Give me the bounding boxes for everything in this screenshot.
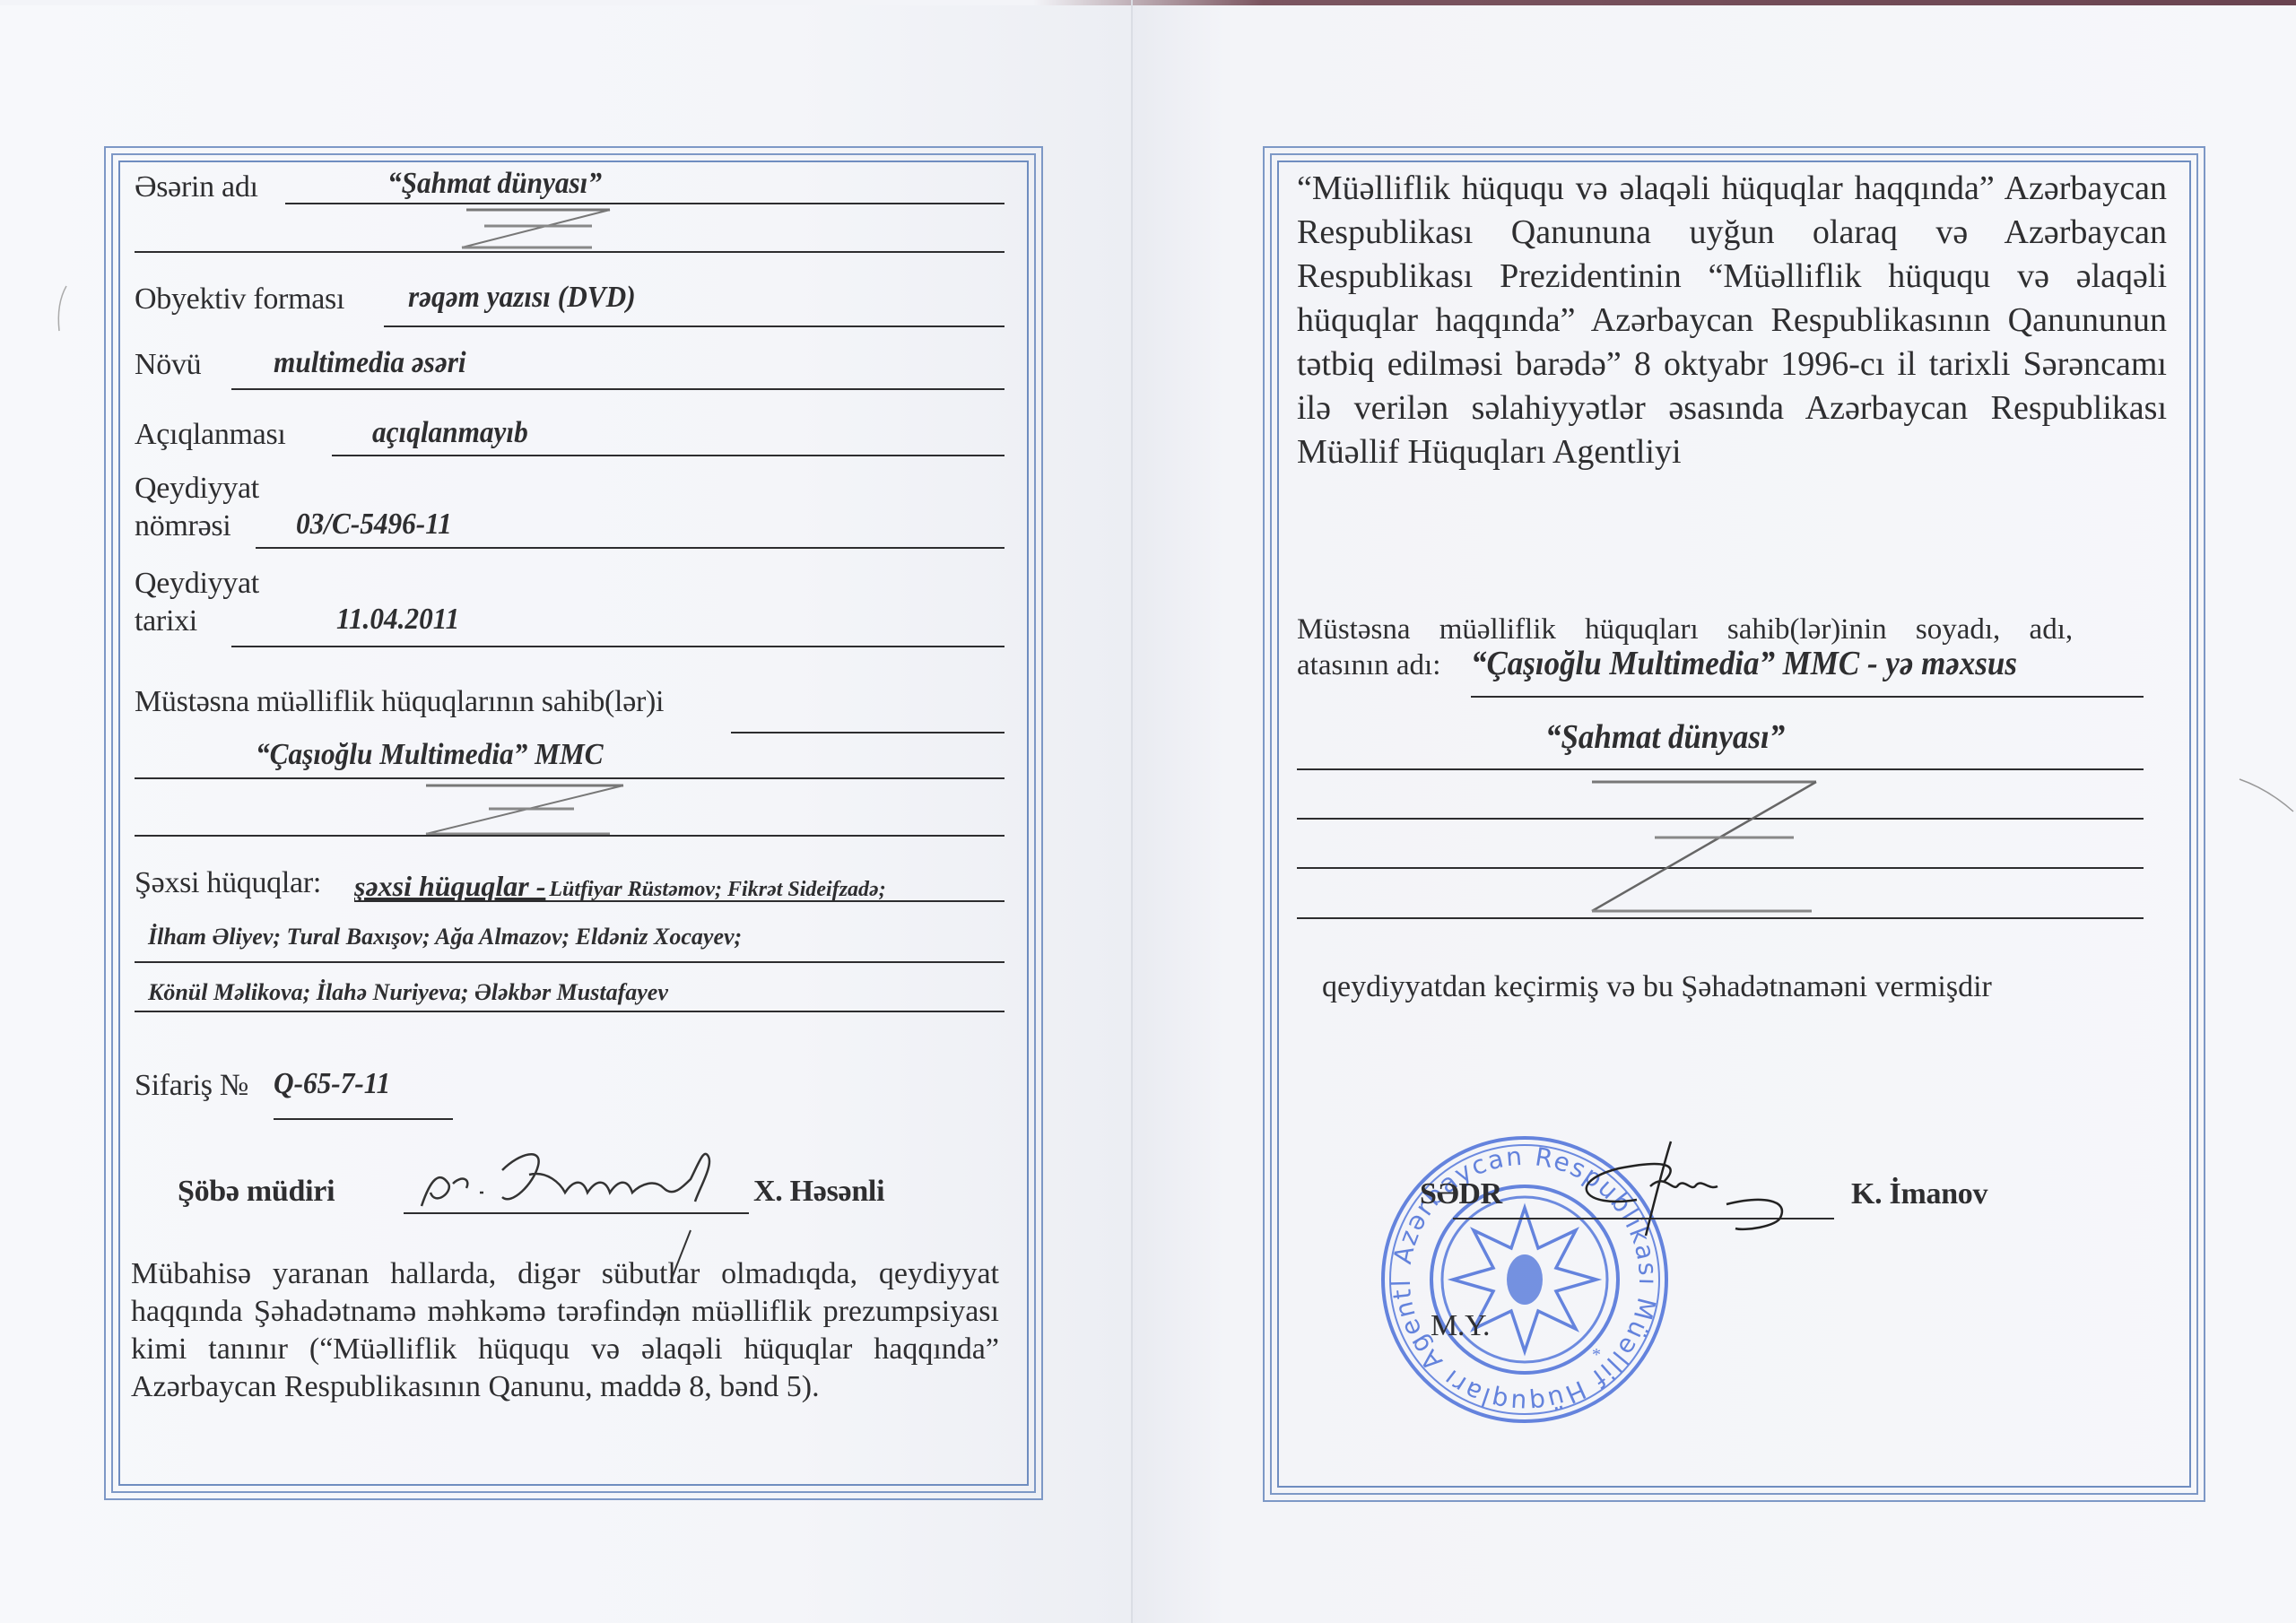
order-underline [274, 1118, 453, 1120]
blank-line [135, 835, 1004, 837]
order-value: Q-65-7-11 [274, 1067, 390, 1101]
personal-rights-underline [354, 900, 1004, 902]
registration-number-label: Qeydiyyat [135, 472, 259, 506]
disclosure-label: Açıqlanması [135, 418, 286, 452]
z-cancel-mark [422, 782, 637, 838]
exclusive-owners-value: “Çaşıoğlu Multimedia” MMC [256, 738, 604, 772]
owner-value: “Çaşıoğlu Multimedia” MMC - yə məxsus [1471, 644, 2017, 683]
signature-line [404, 1212, 749, 1214]
department-head-name: X. Həsənli [753, 1175, 884, 1209]
registration-date-underline [231, 646, 1004, 647]
personal-rights-line3: Könül Məlikova; İlahə Nuriyeva; Ələkbər … [148, 979, 668, 1006]
personal-rights-names: Lütfiyar Rüstəmov; Fikrət Sideifzadə; [549, 878, 885, 901]
spine-fold [1131, 0, 1133, 1623]
disclosure-underline [332, 455, 1004, 456]
work-title-label: Əsərin adı [135, 170, 258, 204]
exclusive-owners-label: Müstəsna müəlliflik hüquqlarının sahib(l… [135, 685, 664, 719]
seal-place-label: M.Y. [1431, 1309, 1490, 1343]
type-label: Növü [135, 348, 201, 382]
chairman-name: K. İmanov [1851, 1177, 1987, 1211]
objective-form-underline [384, 325, 1004, 327]
label-line: Qeydiyyat [135, 472, 259, 505]
personal-rights-underline-2 [135, 961, 1004, 963]
type-value: multimedia əsəri [274, 346, 466, 380]
svg-text:*: * [1592, 1345, 1601, 1365]
legal-disclaimer: Mübahisə yaranan hallarda, digər sübutla… [131, 1255, 999, 1406]
chairman-label: SƏDR [1420, 1177, 1502, 1211]
personal-rights-line2: İlham Əliyev; Tural Baxışov; Ağa Almazov… [148, 924, 742, 950]
label-line: nömrəsi [135, 509, 230, 542]
order-label: Sifariş № [135, 1069, 248, 1103]
exclusive-owners-label-underline [731, 732, 1004, 733]
work-title-underline [285, 203, 1004, 204]
label-line: tarixi [135, 604, 197, 638]
work-title-value-right: “Şahmat dünyası” [1545, 717, 1785, 757]
exclusive-owners-underline [135, 777, 1004, 779]
personal-rights-lead: şəxsi hüquqlar - [354, 870, 545, 902]
objective-form-label: Obyektiv forması [135, 282, 344, 317]
owner-label-text: Müstəsna müəlliflik hüquqları sahib(lər)… [1297, 613, 2073, 647]
owner-underline [1471, 696, 2144, 698]
owner-label-line2: atasının adı: [1297, 649, 1440, 682]
stray-mark [54, 282, 72, 336]
registered-statement: qeydiyyatdan keçirmiş və bu Şəhadətnamən… [1322, 970, 1992, 1004]
label-line: Qeydiyyat [135, 567, 259, 600]
department-head-signature [395, 1143, 753, 1215]
work-title-underline-right [1297, 768, 2144, 770]
registration-number-label-2: nömrəsi [135, 509, 230, 543]
z-cancel-mark [1587, 778, 1821, 922]
registration-number-value: 03/C-5496-11 [296, 508, 452, 542]
personal-rights-line1: şəxsi hüquqlar - Lütfiyar Rüstəmov; Fikr… [354, 870, 886, 903]
work-title-value: “Şahmat dünyası” [387, 167, 602, 201]
personal-rights-underline-3 [135, 1011, 1004, 1012]
owner-label-line1: Müstəsna müəlliflik hüquqları sahib(lər)… [1297, 613, 2167, 647]
z-cancel-mark [457, 206, 619, 251]
registration-number-underline [256, 547, 1004, 549]
department-head-label: Şöbə müdiri [178, 1175, 335, 1209]
registration-date-value: 11.04.2011 [336, 603, 459, 637]
personal-rights-label: Şəxsi hüquqlar: [135, 866, 321, 900]
objective-form-value: rəqəm yazısı (DVD) [408, 281, 636, 315]
stray-mark [2238, 776, 2296, 816]
registration-date-label: Qeydiyyat [135, 567, 259, 601]
registration-date-label-2: tarixi [135, 604, 197, 638]
blank-line [135, 251, 1004, 253]
preamble-paragraph: “Müəlliflik hüququ və əlaqəli hüquqlar h… [1297, 167, 2167, 474]
disclosure-value: açıqlanmayıb [372, 416, 528, 450]
type-underline [231, 388, 1004, 390]
chairman-signature [1565, 1137, 1843, 1245]
